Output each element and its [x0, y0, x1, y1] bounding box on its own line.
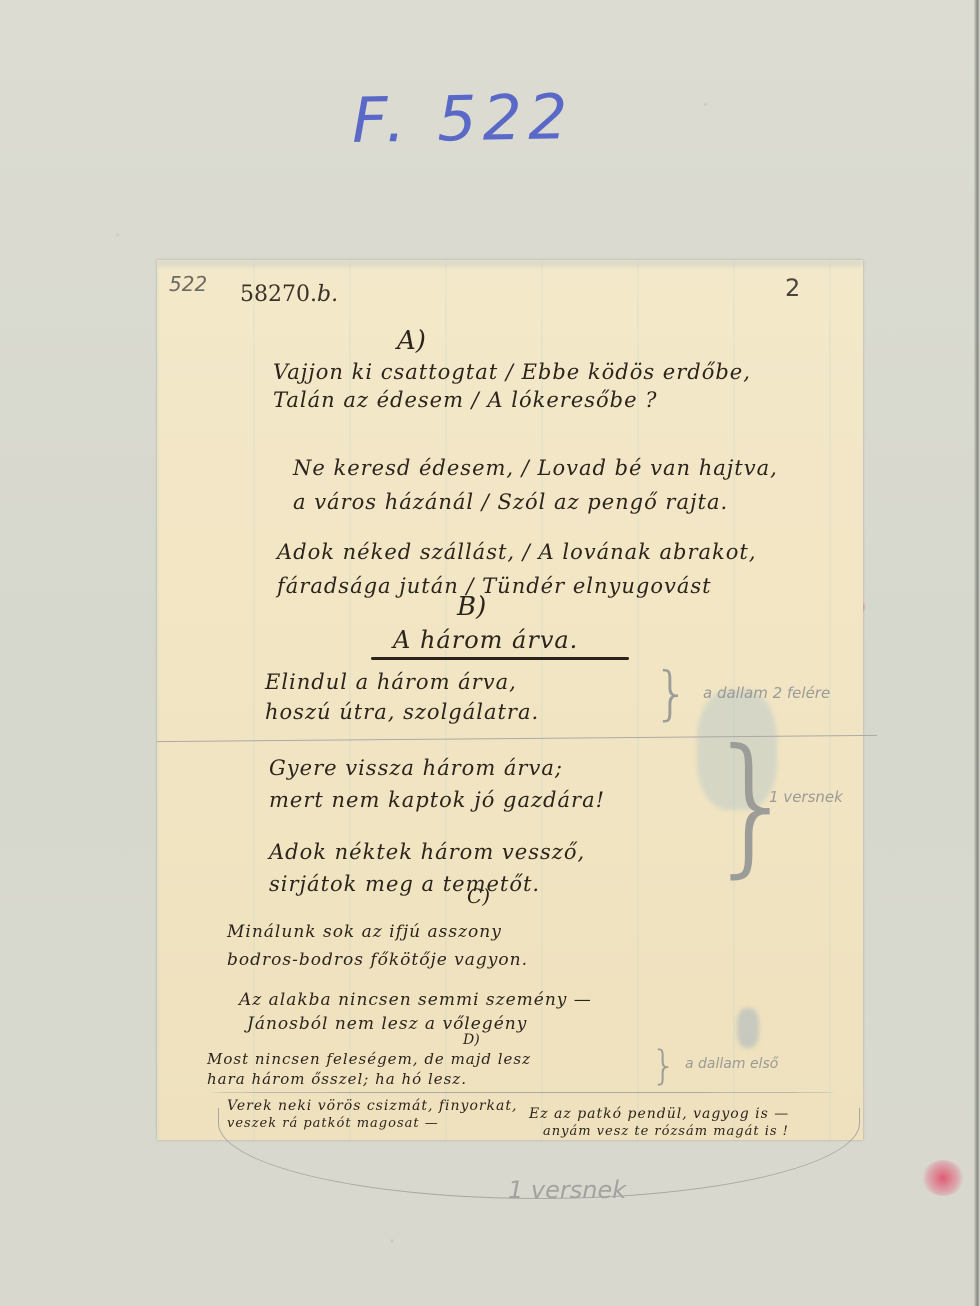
verse-line: fáradsága jután / Tündér elnyugovást — [277, 574, 712, 598]
verse-line: Vajjon ki csattogtat / Ebbe ködös erdőbe… — [273, 360, 751, 384]
verse-line: sirjátok meg a temetőt. — [269, 872, 540, 896]
archive-mount-board: F. 522 522 58270.b. 2 A) Vajjon ki csatt… — [0, 0, 980, 1306]
water-stain — [737, 1008, 759, 1048]
pencil-rule — [213, 1092, 833, 1093]
verse-line: Talán az édesem / A lókeresőbe ? — [273, 388, 657, 412]
poem-title: A három árva. — [393, 626, 578, 654]
verse-line: hara három ősszel; ha hó lesz. — [207, 1070, 467, 1088]
printed-id: 58270.b. — [240, 282, 338, 307]
verse-line: Adok néktek három vessző, — [269, 840, 585, 864]
section-label-b: B) — [457, 592, 486, 622]
verse-line: Jánosból nem lesz a vőlegény — [247, 1014, 527, 1034]
verse-line: bodros-bodros főkötője vagyon. — [227, 950, 528, 970]
verse-line: Adok néked szállást, / A lovának abrakot… — [277, 540, 757, 564]
margin-note: a dallam 2 felére — [703, 684, 830, 702]
verse-line: a város házánál / Szól az pengő rajta. — [293, 490, 728, 514]
title-underline — [371, 657, 629, 660]
verse-line: Ne keresd édesem, / Lovad bé van hajtva, — [293, 456, 778, 480]
verse-line: Az alakba nincsen semmi szemény — — [239, 990, 592, 1010]
section-label-a: A) — [397, 326, 426, 356]
verse-line: Gyere vissza három árva; — [269, 756, 563, 780]
section-label-c: C) — [467, 884, 490, 908]
red-stain — [922, 1160, 964, 1196]
section-label-d: D) — [463, 1032, 480, 1048]
verse-line: hoszú útra, szolgálatra. — [265, 700, 539, 724]
margin-note: 1 versnek — [769, 788, 843, 806]
bottom-pencil-note: 1 versnek — [508, 1176, 626, 1204]
brace: } — [651, 1046, 676, 1086]
printed-id-number: 58270. — [240, 282, 317, 307]
manuscript-page: 522 58270.b. 2 A) Vajjon ki csattogtat /… — [157, 260, 863, 1140]
board-right-edge — [974, 0, 980, 1306]
catalog-mark: F. 522 — [351, 80, 574, 157]
verse-line: Elindul a három árva, — [265, 670, 517, 694]
pencil-number: 522 — [169, 272, 207, 296]
printed-id-suffix: b. — [317, 282, 338, 307]
brace: } — [653, 664, 690, 722]
page-number: 2 — [785, 274, 800, 302]
verse-line: Most nincsen feleségem, de majd lesz — [207, 1050, 531, 1068]
margin-note: a dallam első — [685, 1056, 778, 1072]
water-stain — [157, 260, 863, 266]
verse-line: Minálunk sok az ifjú asszony — [227, 922, 502, 942]
verse-line: mert nem kaptok jó gazdára! — [269, 788, 605, 812]
